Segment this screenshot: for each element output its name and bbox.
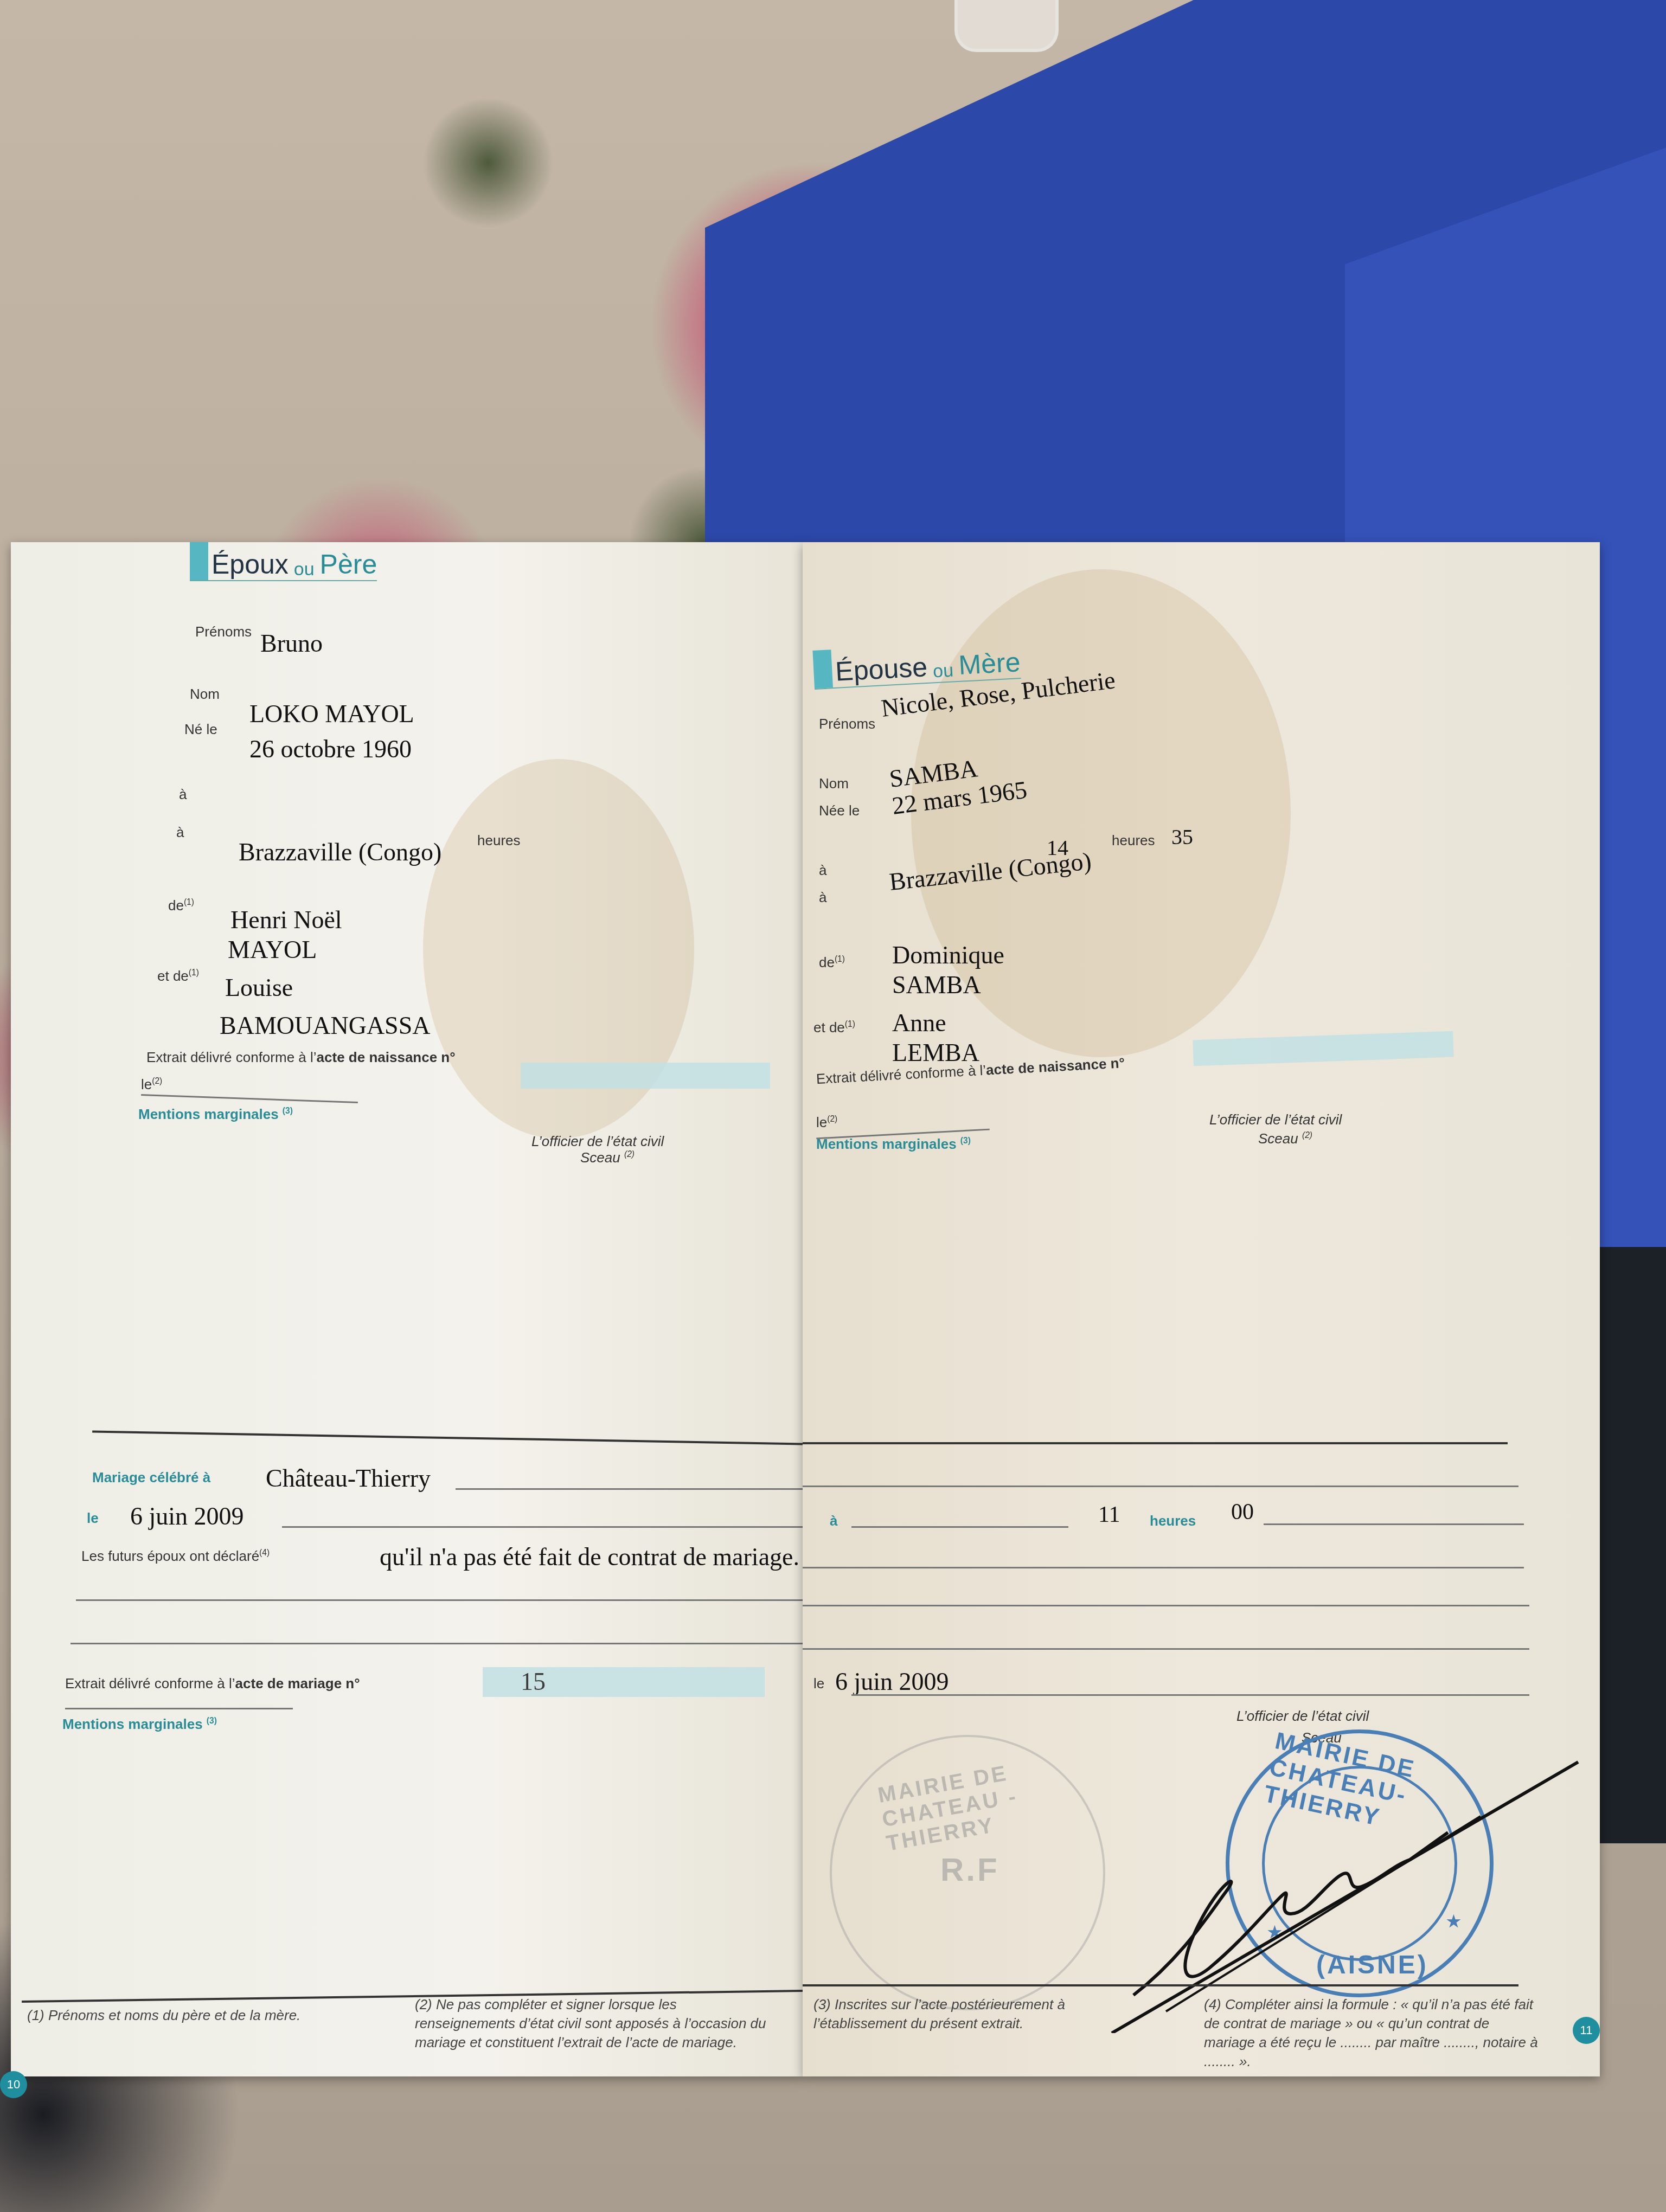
- officier-label: L’officier de l’état civil: [531, 1133, 664, 1150]
- pere-nom: SAMBA: [892, 970, 981, 999]
- acte-naissance-number-field: [521, 1063, 770, 1089]
- embossed-seal: MAIRIE DE CHATEAU - THIERRY R.F: [830, 1735, 1105, 2010]
- form-line: [851, 1526, 1068, 1528]
- mere-prenom: Anne: [892, 1008, 946, 1037]
- officier-label: L’officier de l’état civil: [1209, 1111, 1342, 1128]
- officier-mariage-label: L’officier de l’état civil: [1236, 1708, 1369, 1725]
- plastic-cup: [954, 0, 1059, 52]
- mariage-heure: 11: [1098, 1502, 1120, 1528]
- form-line: [803, 1486, 1518, 1487]
- page-number-badge: 10: [0, 2071, 27, 2098]
- mentions-marginales-label: Mentions marginales (3): [816, 1136, 971, 1153]
- divider: [141, 1094, 358, 1103]
- pere-nom: MAYOL: [228, 935, 317, 964]
- nee-le-label: Née le: [819, 802, 860, 819]
- section-divider: [92, 1431, 803, 1445]
- mentions-marginales-label: Mentions marginales (3): [138, 1106, 293, 1123]
- epoux-date-naissance: 26 octobre 1960: [249, 735, 412, 763]
- section-divider: [803, 1442, 1508, 1444]
- footnote-divider: [803, 1984, 1518, 1986]
- mere-nom: BAMOUANGASSA: [220, 1011, 431, 1040]
- et-de-label: et de(1): [813, 1019, 855, 1036]
- form-line: [282, 1526, 803, 1528]
- form-line: [803, 1567, 1524, 1568]
- livret-de-famille: Époux ou Père Prénoms Bruno Nom LOKO MAY…: [11, 542, 1600, 2076]
- mariage-lieu: Château-Thierry: [266, 1464, 431, 1493]
- prenoms-label: Prénoms: [819, 716, 875, 732]
- form-line: [803, 1648, 1529, 1650]
- right-page-epouse: Épouse ou Mère Prénoms Nicole, Rose, Pul…: [803, 542, 1600, 2076]
- footnote-3: (3) Inscrites sur l’acte postérieurement…: [813, 1995, 1095, 2033]
- acte-mariage-number: 15: [521, 1667, 546, 1696]
- form-line: [456, 1488, 803, 1490]
- form-line: [76, 1599, 803, 1601]
- pere-prenom: Dominique: [892, 941, 1004, 969]
- declare-label: Les futurs époux ont déclaré(4): [81, 1548, 270, 1565]
- mariage-celebre-label: Mariage célébré à: [92, 1469, 210, 1486]
- divider: [65, 1708, 293, 1709]
- footnote-2: (2) Ne pas compléter et signer lorsque l…: [415, 1995, 767, 2052]
- ne-le-label: Né le: [184, 721, 217, 738]
- mariage-minutes: 00: [1231, 1499, 1254, 1525]
- form-line: [803, 1605, 1529, 1606]
- mariage-le-label: le: [87, 1510, 99, 1527]
- acte-mariage-number-field: 15: [483, 1667, 765, 1697]
- mariage-date: 6 juin 2009: [130, 1502, 244, 1531]
- extrait-le-label: le: [813, 1675, 824, 1692]
- acte-naissance-number-field: [1193, 1031, 1453, 1066]
- epoux-nom: LOKO MAYOL: [249, 699, 414, 728]
- nom-label: Nom: [819, 775, 849, 792]
- form-line: [71, 1643, 803, 1644]
- le-label: le(2): [816, 1114, 837, 1131]
- sceau-label: Sceau (2): [580, 1149, 635, 1166]
- et-de-label: et de(1): [157, 968, 199, 985]
- mariage-heures-label: heures: [1150, 1513, 1196, 1529]
- section-title-epoux: Époux ou Père: [190, 542, 377, 581]
- title-accent-bar: [190, 542, 208, 580]
- form-line: [1264, 1523, 1524, 1525]
- prenoms-label: Prénoms: [195, 623, 252, 640]
- mariage-a-label: à: [830, 1513, 837, 1529]
- pere-prenom: Henri Noël: [230, 905, 342, 934]
- officer-signature: [1101, 1751, 1589, 2033]
- page-number-badge: 11: [1573, 2017, 1600, 2044]
- extrait-mariage-label: Extrait délivré conforme à l’acte de mar…: [65, 1675, 360, 1692]
- sceau-label: Sceau (2): [1258, 1130, 1312, 1147]
- footnote-1: (1) Prénoms et noms du père et de la mèr…: [27, 2006, 353, 2025]
- footnote-4: (4) Compléter ainsi la formule : « qu’il…: [1204, 1995, 1540, 2071]
- mere-prenom: Louise: [225, 973, 293, 1002]
- extrait-date: 6 juin 2009: [835, 1667, 949, 1696]
- epouse-minutes-naissance: 35: [1171, 824, 1193, 850]
- declaration-contrat: qu'il n'a pas été fait de contrat de mar…: [380, 1542, 799, 1571]
- title-accent-bar: [812, 650, 833, 689]
- heures-label: heures: [477, 832, 521, 849]
- extrait-naissance-label: Extrait délivré conforme à l’acte de nai…: [146, 1049, 456, 1066]
- nom-label: Nom: [190, 686, 220, 703]
- left-page-epoux: Époux ou Père Prénoms Bruno Nom LOKO MAY…: [11, 542, 803, 2076]
- epoux-lieu-naissance: Brazzaville (Congo): [239, 838, 441, 866]
- le-label: le(2): [141, 1076, 162, 1093]
- de-label: de(1): [819, 954, 845, 971]
- a-label: à: [176, 824, 184, 841]
- form-line: [851, 1694, 1529, 1696]
- de-label: de(1): [168, 897, 194, 914]
- a-label: à: [819, 862, 826, 879]
- heures-label: heures: [1112, 832, 1155, 849]
- mentions-marginales-mariage-label: Mentions marginales (3): [62, 1716, 217, 1733]
- a-label: à: [179, 786, 187, 803]
- a-label: à: [819, 889, 826, 906]
- epoux-prenoms: Bruno: [260, 629, 323, 658]
